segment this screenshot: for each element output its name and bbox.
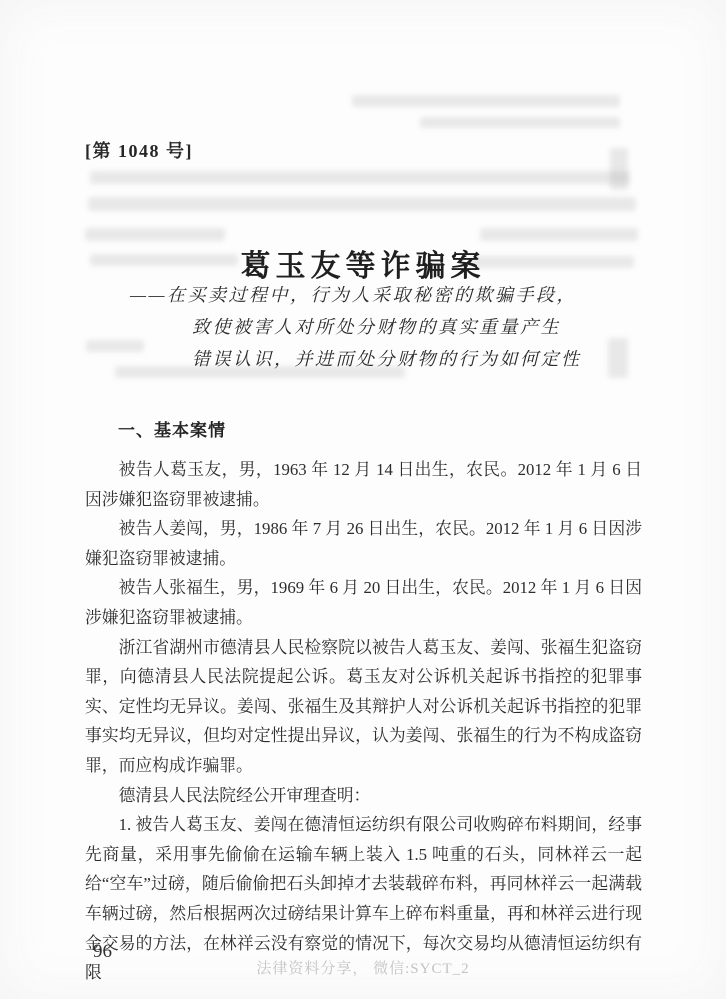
section-heading-basic-facts: 一、基本案情 [118, 416, 226, 441]
bleed-through-artifact [610, 148, 628, 190]
bleed-through-artifact [86, 340, 144, 352]
case-number: [第 1048 号] [85, 137, 193, 163]
subtitle-line: 错误认识，并进而处分财物的行为如何定性 [192, 343, 582, 375]
bleed-through-artifact [420, 117, 620, 128]
paragraph: 被告人姜闯，男，1986 年 7 月 26 日出生，农民。2012 年 1 月 … [85, 514, 642, 573]
bleed-through-artifact [85, 228, 225, 241]
bleed-through-artifact [352, 95, 620, 107]
bleed-through-artifact [608, 338, 628, 378]
bleed-through-artifact [480, 228, 638, 241]
case-subtitle: ——在买卖过程中，行为人采取秘密的欺骗手段， 致使被害人对所处分财物的真实重量产… [192, 279, 582, 375]
bleed-through-artifact [88, 197, 636, 211]
case-facts-body: 被告人葛玉友，男，1963 年 12 月 14 日出生，农民。2012 年 1 … [85, 455, 642, 988]
bleed-through-artifact [90, 171, 630, 184]
scanned-book-page: [第 1048 号] 葛玉友等诈骗案 ——在买卖过程中，行为人采取秘密的欺骗手段… [0, 0, 726, 999]
watermark-text: 法律资料分享， 微信:SYCT_2 [0, 957, 726, 978]
paragraph: 德清县人民法院经公开审理查明： [85, 781, 642, 811]
paragraph: 被告人张福生，男，1969 年 6 月 20 日出生，农民。2012 年 1 月… [85, 573, 642, 632]
paragraph: 被告人葛玉友，男，1963 年 12 月 14 日出生，农民。2012 年 1 … [85, 455, 642, 514]
paragraph: 浙江省湖州市德清县人民检察院以被告人葛玉友、姜闯、张福生犯盗窃罪，向德清县人民法… [85, 633, 642, 781]
subtitle-line: 致使被害人对所处分财物的真实重量产生 [192, 311, 582, 343]
subtitle-line: ——在买卖过程中，行为人采取秘密的欺骗手段， [130, 279, 582, 311]
